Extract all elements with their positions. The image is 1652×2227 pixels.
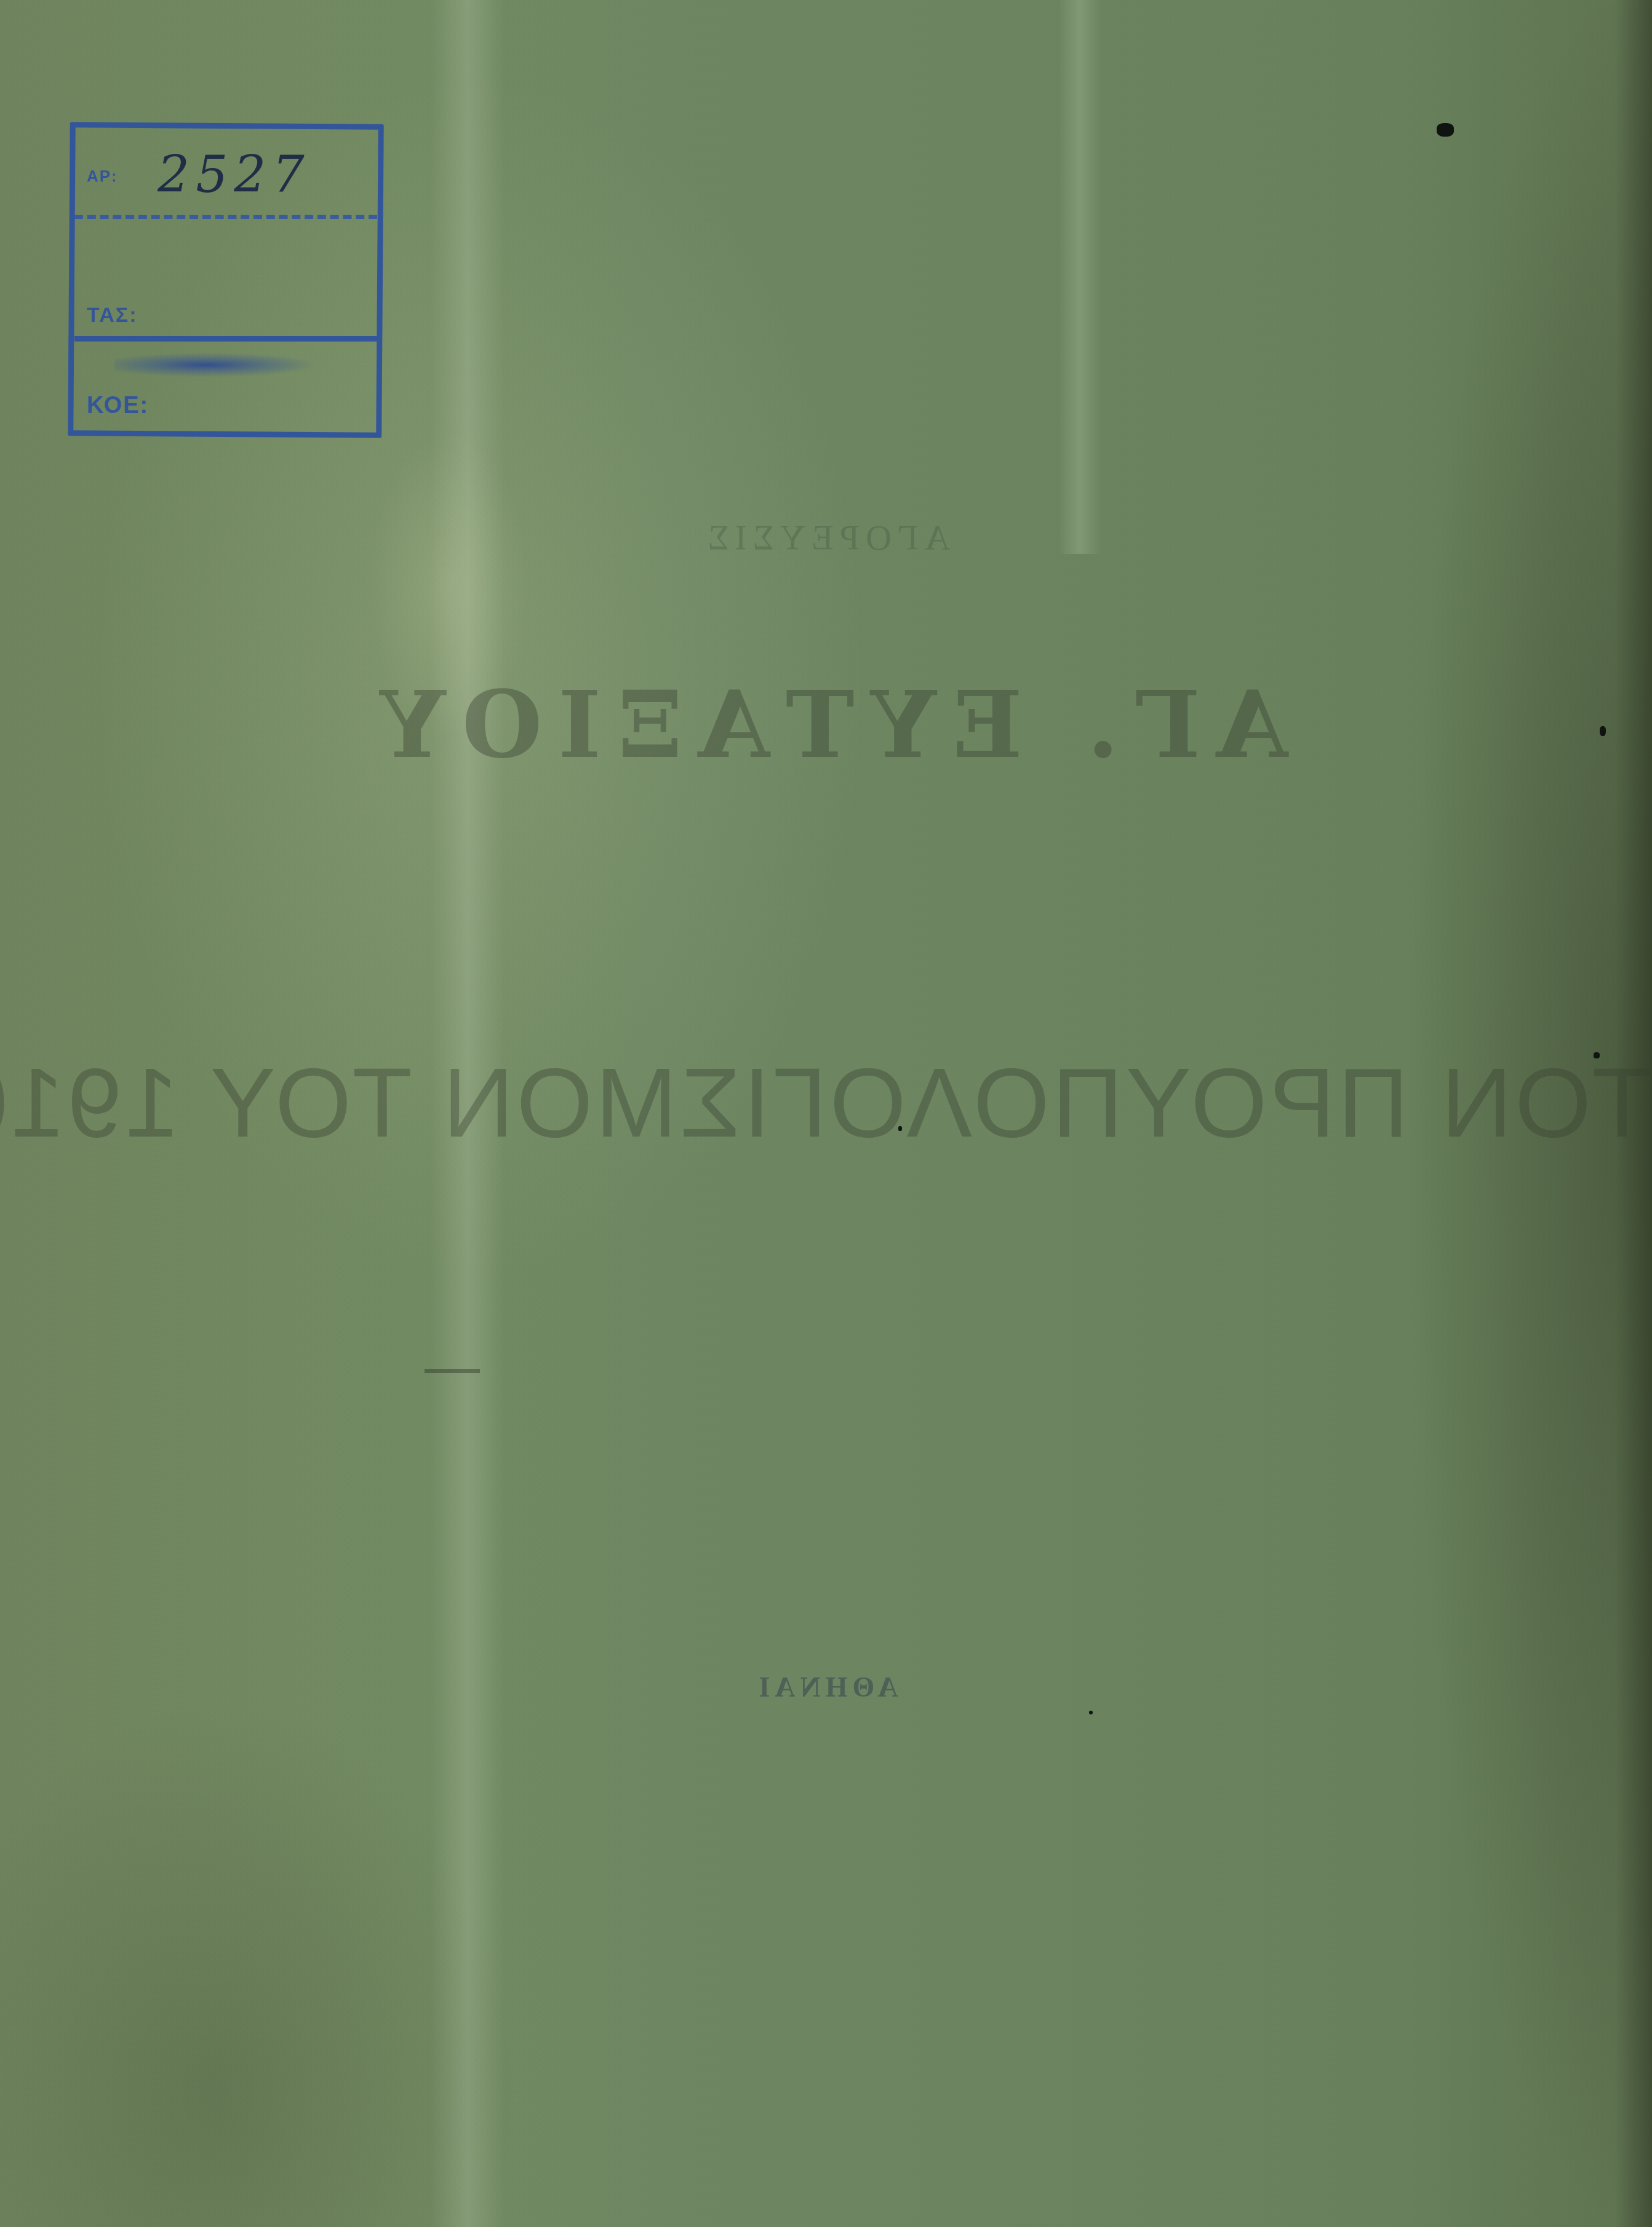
stamp-label-tas: ΤΑΣ: — [87, 303, 138, 327]
archive-stamp: ΑΡ: 2527 ΤΑΣ: ΚΟΕ: — [69, 123, 383, 437]
paper-crease — [1058, 0, 1101, 554]
handwritten-number: 2527 — [158, 146, 311, 204]
stamp-row-number: ΑΡ: 2527 — [74, 129, 377, 219]
show-through-rule — [425, 1369, 480, 1373]
stamp-row-koe: ΚΟΕ: — [74, 342, 377, 431]
show-through-imprint: ΑΘΗΝΑΙ — [0, 1671, 1652, 1703]
ink-speck — [1437, 123, 1454, 137]
ink-speck — [1089, 1711, 1093, 1714]
show-through-title: ΤΟΝ ΠΡΟΥΠΟΛΟΓΙΣΜΟΝ ΤΟΥ 1910 — [0, 1046, 1652, 1159]
ink-speck — [1594, 1052, 1600, 1058]
ink-smudge — [114, 353, 317, 377]
stamp-label-koe: ΚΟΕ: — [87, 393, 149, 419]
stamp-label-number: ΑΡ: — [87, 167, 118, 186]
show-through-author: ΑΓ. ΕΥΤΑΞΙΟΥ — [0, 671, 1652, 779]
ink-speck — [1600, 726, 1606, 736]
stamp-row-tas: ΤΑΣ: — [74, 219, 377, 342]
ink-speck — [898, 1126, 902, 1131]
show-through-line: ΑΓΟΡΕΥΣΙΣ — [0, 517, 1652, 558]
